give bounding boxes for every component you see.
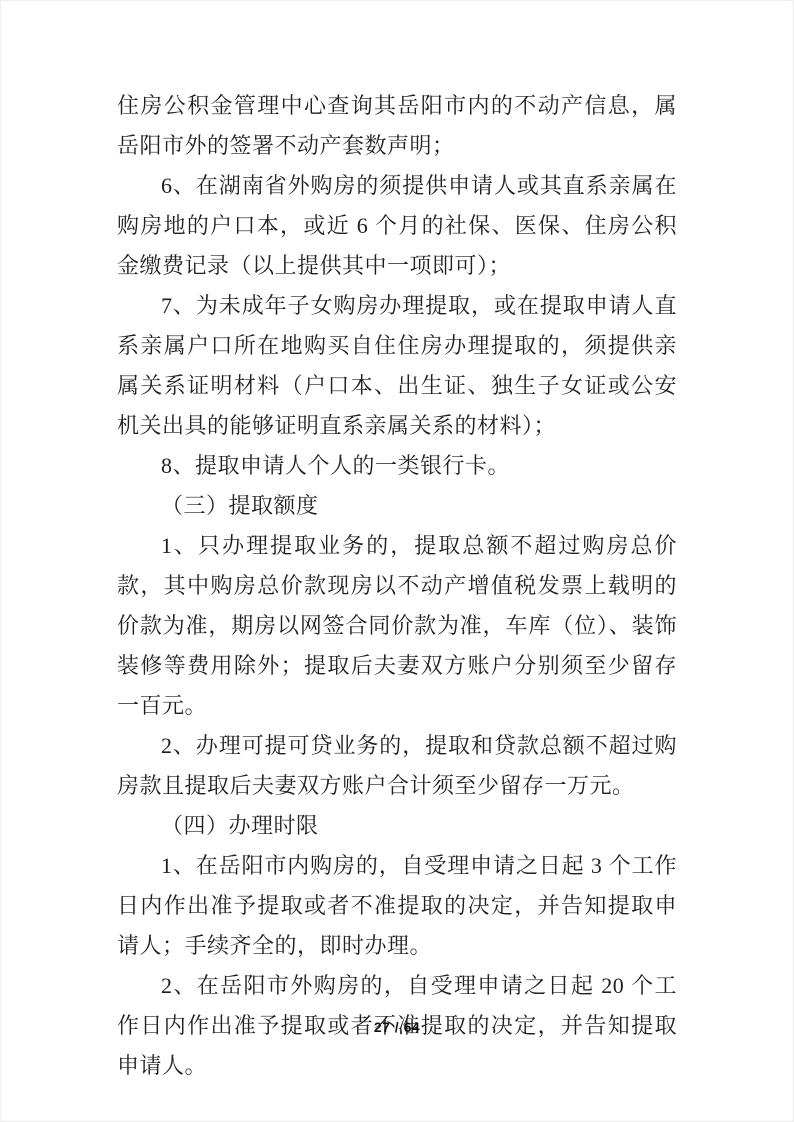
paragraph: 2、办理可提可贷业务的，提取和贷款总额不超过购房款且提取后夫妻双方账户合计须至少… — [117, 726, 677, 806]
document-page: 住房公积金管理中心查询其岳阳市内的不动产信息，属岳阳市外的签署不动产套数声明； … — [0, 0, 794, 1122]
paragraph: 6、在湖南省外购房的须提供申请人或其直系亲属在购房地的户口本，或近 6 个月的社… — [117, 166, 677, 286]
paragraph: 1、只办理提取业务的，提取总额不超过购房总价款，其中购房总价款现房以不动产增值税… — [117, 526, 677, 726]
paragraph: 1、在岳阳市内购房的，自受理申请之日起 3 个工作日内作出准予提取或者不准提取的… — [117, 846, 677, 966]
document-body: 住房公积金管理中心查询其岳阳市内的不动产信息，属岳阳市外的签署不动产套数声明； … — [117, 86, 677, 1086]
section-heading: （四）办理时限 — [117, 806, 677, 846]
paragraph: 住房公积金管理中心查询其岳阳市内的不动产信息，属岳阳市外的签署不动产套数声明； — [117, 86, 677, 166]
paragraph: 8、提取申请人个人的一类银行卡。 — [117, 446, 677, 486]
section-heading: （三）提取额度 — [117, 486, 677, 526]
paragraph: 7、为未成年子女购房办理提取，或在提取申请人直系亲属户口所在地购买自住住房办理提… — [117, 286, 677, 446]
page-footer: 27 / 64 — [0, 1019, 794, 1037]
page-number: 27 / 64 — [374, 1019, 420, 1035]
